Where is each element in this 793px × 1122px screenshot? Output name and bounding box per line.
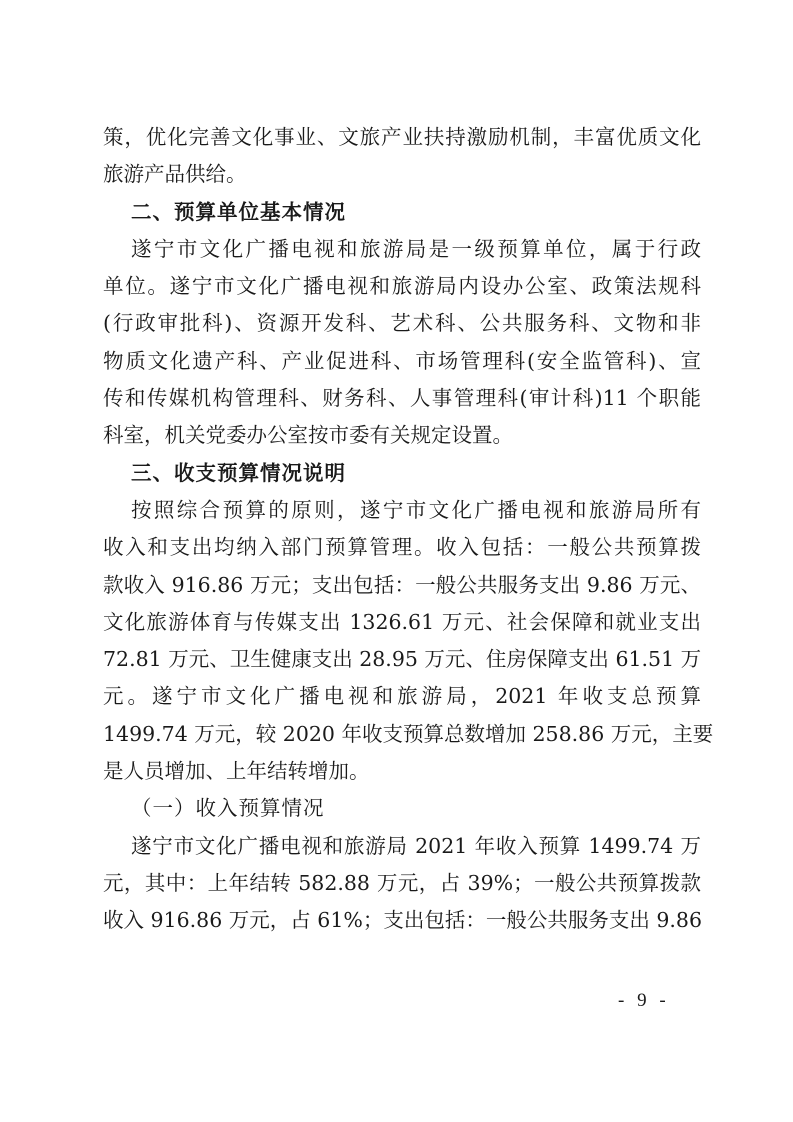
- paragraph-line: 遂宁市文化广播电视和旅游局 2021 年收入预算 1499.74 万: [103, 828, 701, 865]
- paragraph-line: 传和传媒机构管理科、财务科、人事管理科(审计科)11 个职能: [103, 380, 701, 417]
- paragraph-line: 元。遂宁市文化广播电视和旅游局，2021 年收支总预算: [103, 678, 701, 715]
- paragraph-line: 按照综合预算的原则，遂宁市文化广播电视和旅游局所有: [103, 492, 701, 529]
- subsection-heading: （一）收入预算情况: [103, 790, 701, 827]
- paragraph-line: 单位。遂宁市文化广播电视和旅游局内设办公室、政策法规科: [103, 268, 701, 305]
- paragraph-line: 72.81 万元、卫生健康支出 28.95 万元、住房保障支出 61.51 万: [103, 641, 701, 678]
- paragraph-line: 遂宁市文化广播电视和旅游局是一级预算单位，属于行政: [103, 231, 701, 268]
- document-page: 策，优化完善文化事业、文旅产业扶持激励机制，丰富优质文化 旅游产品供给。 二、预…: [103, 119, 701, 940]
- paragraph-line: 文化旅游体育与传媒支出 1326.61 万元、社会保障和就业支出: [103, 604, 701, 641]
- paragraph-line: (行政审批科)、资源开发科、艺术科、公共服务科、文物和非: [103, 305, 701, 342]
- paragraph-line: 收入和支出均纳入部门预算管理。收入包括：一般公共预算拨: [103, 529, 701, 566]
- paragraph-line: 是人员增加、上年结转增加。: [103, 753, 701, 790]
- paragraph-line: 1499.74 万元，较 2020 年收支预算总数增加 258.86 万元，主要: [103, 716, 701, 753]
- paragraph-line: 科室，机关党委办公室按市委有关规定设置。: [103, 417, 701, 454]
- paragraph-line: 物质文化遗产科、产业促进科、市场管理科(安全监管科)、宣: [103, 343, 701, 380]
- section-heading: 三、收支预算情况说明: [103, 455, 701, 492]
- paragraph-line: 收入 916.86 万元，占 61%；支出包括：一般公共服务支出 9.86: [103, 902, 701, 939]
- section-heading: 二、预算单位基本情况: [103, 194, 701, 231]
- paragraph-line: 款收入 916.86 万元；支出包括：一般公共服务支出 9.86 万元、: [103, 567, 701, 604]
- paragraph-line: 策，优化完善文化事业、文旅产业扶持激励机制，丰富优质文化: [103, 119, 701, 156]
- page-number: - 9 -: [618, 990, 670, 1012]
- paragraph-line: 旅游产品供给。: [103, 156, 701, 193]
- paragraph-line: 元，其中：上年结转 582.88 万元，占 39%；一般公共预算拨款: [103, 865, 701, 902]
